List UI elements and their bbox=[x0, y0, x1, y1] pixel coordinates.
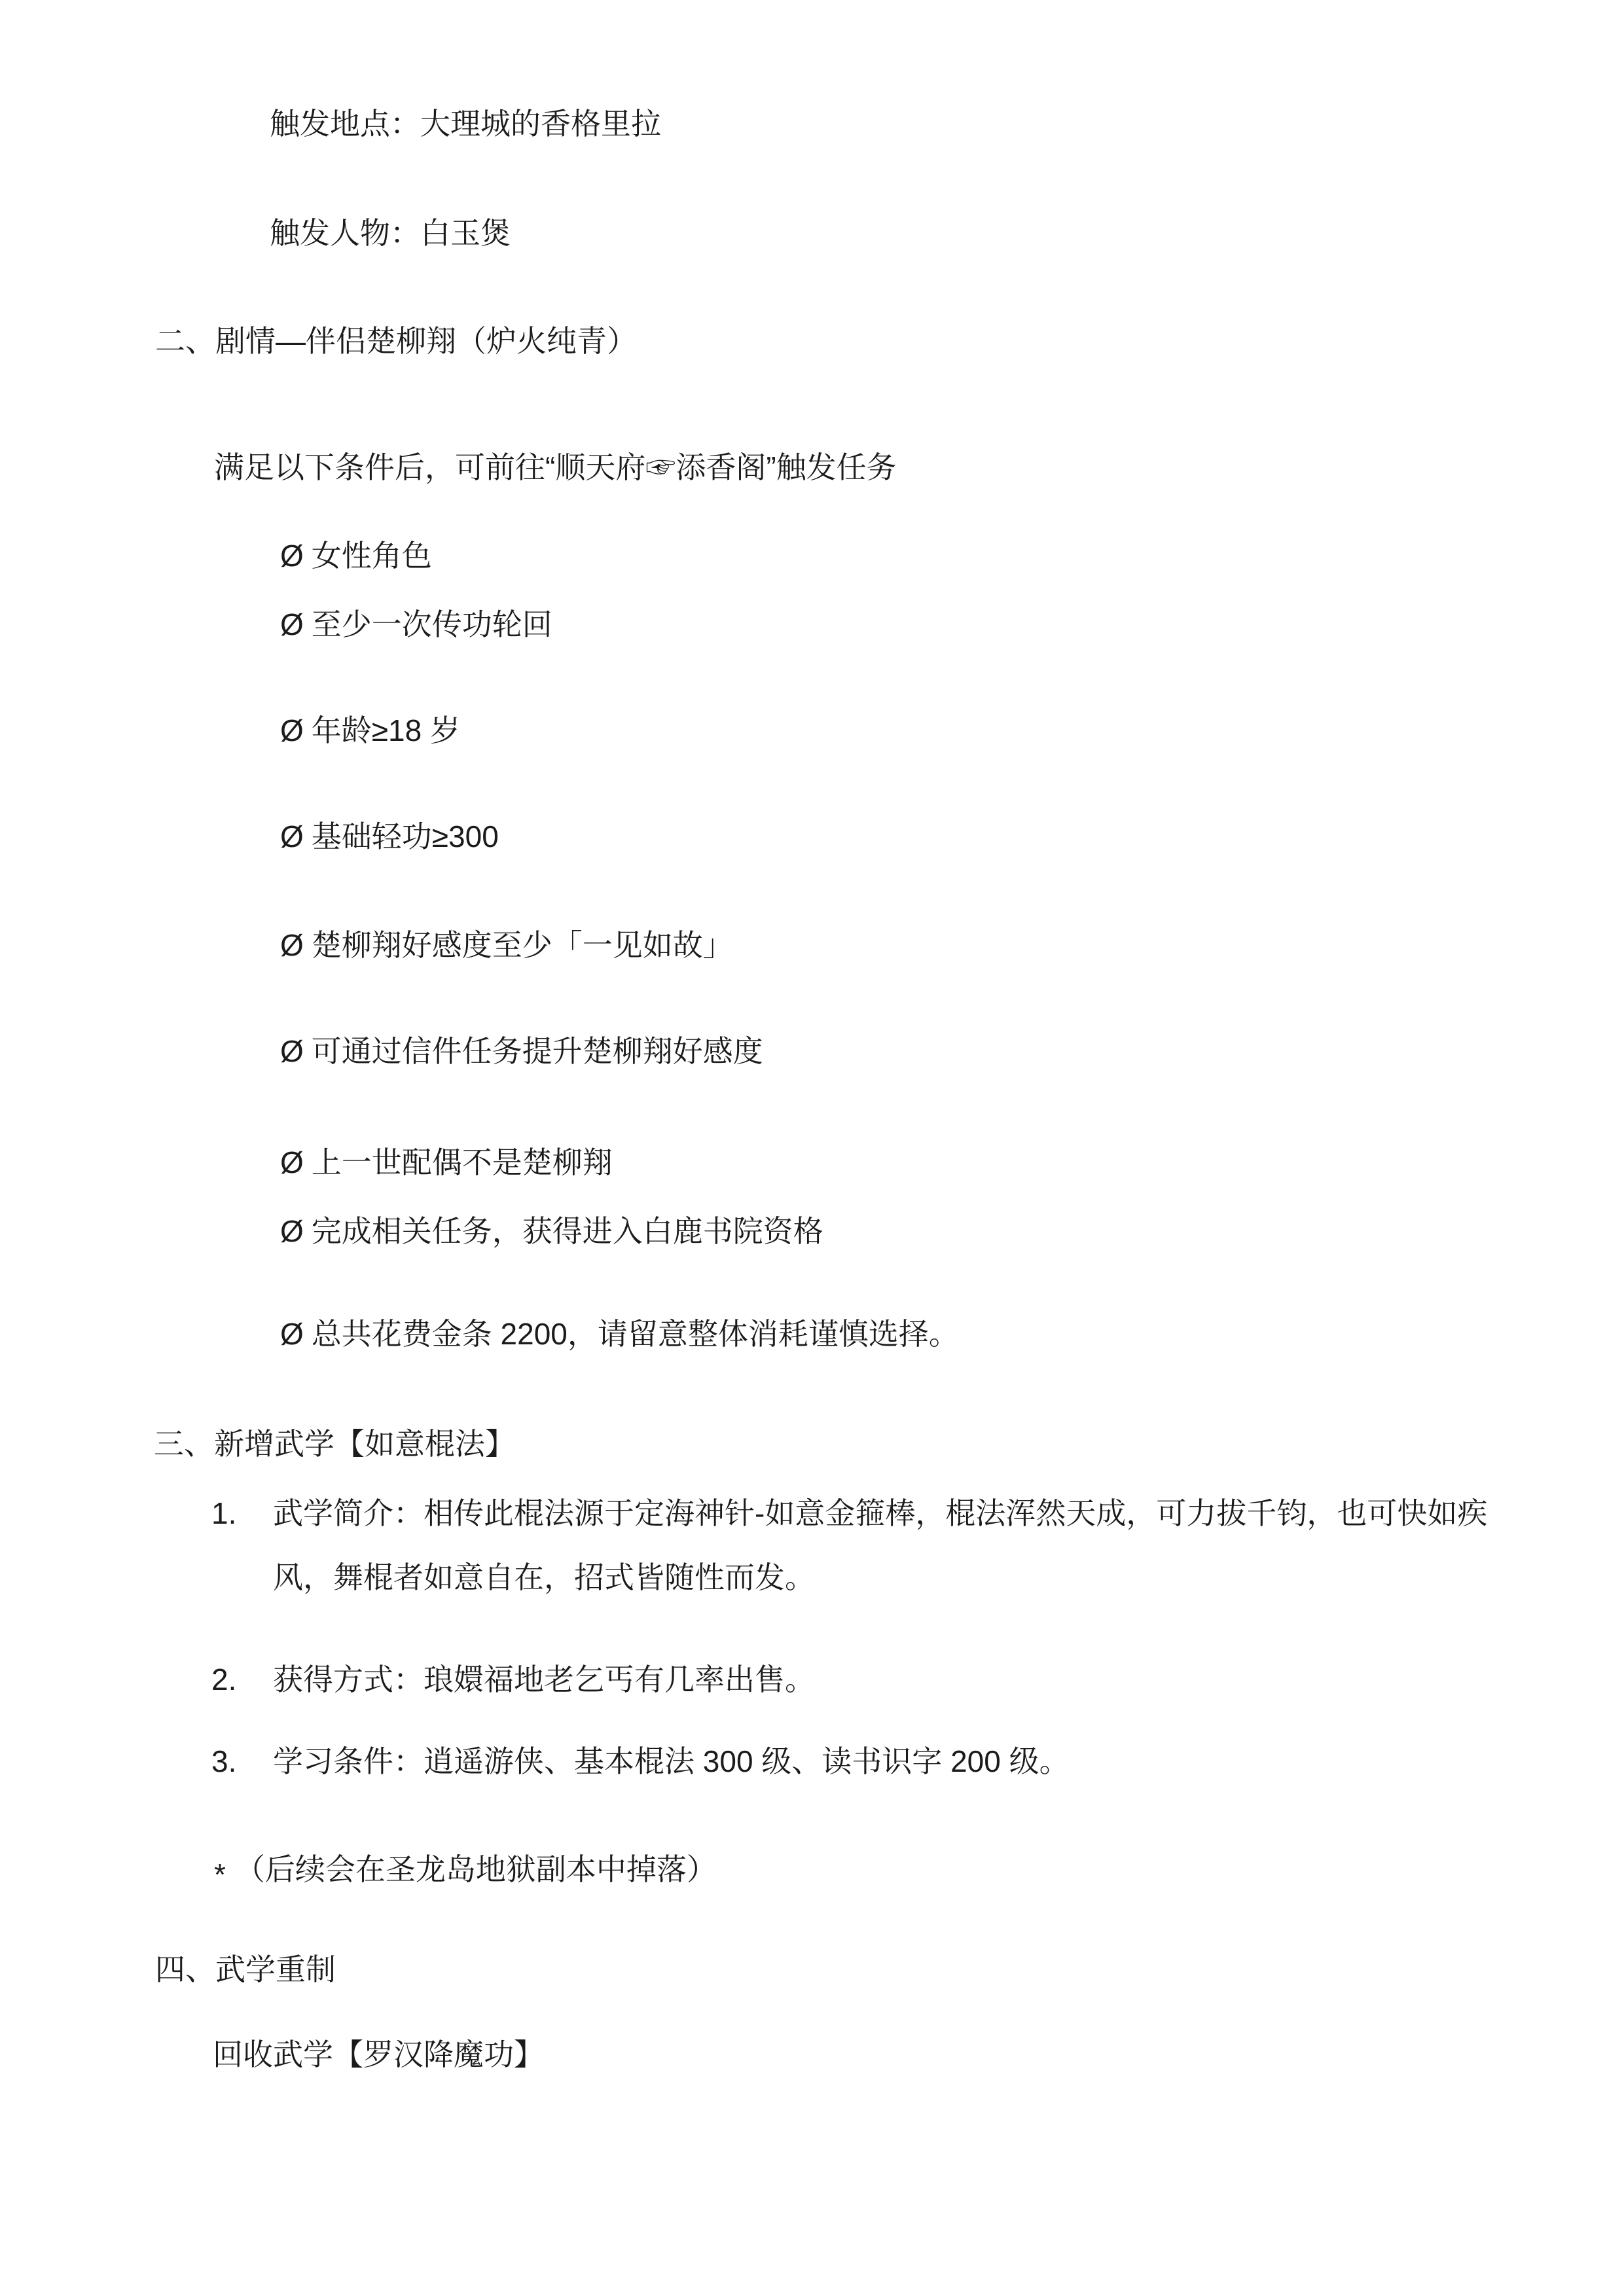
numbered-item-text: 武学简介：相传此棍法源于定海神针-如意金箍棒，棍法浑然天成，可力拔千钧，也可快如… bbox=[273, 1496, 1487, 1530]
numbered-item-text: 获得方式：琅嬛福地老乞丐有几率出售。 bbox=[273, 1662, 815, 1696]
list-bullet-icon: Ø bbox=[280, 1214, 304, 1249]
list-bullet-icon: Ø bbox=[280, 713, 304, 748]
condition-text: 楚柳翔好感度至少「一见如故」 bbox=[312, 928, 733, 962]
condition-text: 可通过信件任务提升楚柳翔好感度 bbox=[312, 1034, 763, 1068]
list-bullet-icon: Ø bbox=[280, 1034, 304, 1069]
list-number: 2. bbox=[211, 1662, 273, 1697]
condition-text: 上一世配偶不是楚柳翔 bbox=[312, 1145, 613, 1179]
condition-item: Ø至少一次传功轮回 bbox=[280, 607, 552, 642]
drop-note: *（后续会在圣龙岛地狱副本中掉落） bbox=[214, 1852, 717, 1887]
trigger-person-line: 触发人物：白玉煲 bbox=[270, 216, 511, 251]
list-bullet-icon: Ø bbox=[280, 539, 304, 573]
condition-text: 总共花费金条 2200，请留意整体消耗谨慎选择。 bbox=[312, 1317, 959, 1351]
condition-item: Ø女性角色 bbox=[280, 539, 432, 573]
list-bullet-icon: Ø bbox=[280, 928, 304, 963]
condition-text: 至少一次传功轮回 bbox=[312, 607, 552, 641]
section3-heading: 三、新增武学【如意棍法】 bbox=[154, 1427, 515, 1462]
list-number: 1. bbox=[211, 1496, 273, 1531]
trigger-location-line: 触发地点：大理城的香格里拉 bbox=[270, 107, 661, 141]
condition-text: 完成相关任务，获得进入白鹿书院资格 bbox=[312, 1214, 823, 1248]
asterisk-marker: * bbox=[214, 1857, 226, 1892]
condition-item: Ø可通过信件任务提升楚柳翔好感度 bbox=[280, 1034, 763, 1069]
drop-note-text: （后续会在圣龙岛地狱副本中掉落） bbox=[235, 1852, 717, 1886]
condition-text: 年龄≥18 岁 bbox=[312, 713, 460, 747]
list-number: 3. bbox=[211, 1744, 273, 1779]
section2-heading: 二、剧情—伴侣楚柳翔（炉火纯青） bbox=[155, 324, 637, 359]
numbered-item: 3.学习条件：逍遥游侠、基本棍法 300 级、读书识字 200 级。 bbox=[211, 1744, 1070, 1779]
numbered-item-text: 学习条件：逍遥游侠、基本棍法 300 级、读书识字 200 级。 bbox=[273, 1744, 1070, 1778]
condition-item: Ø楚柳翔好感度至少「一见如故」 bbox=[280, 928, 733, 963]
condition-item: Ø总共花费金条 2200，请留意整体消耗谨慎选择。 bbox=[280, 1317, 959, 1352]
list-bullet-icon: Ø bbox=[280, 819, 304, 854]
numbered-item: 2.获得方式：琅嬛福地老乞丐有几率出售。 bbox=[211, 1662, 815, 1697]
condition-item: Ø基础轻功≥300 bbox=[280, 819, 499, 854]
condition-item: Ø年龄≥18 岁 bbox=[280, 713, 460, 748]
condition-item: Ø完成相关任务，获得进入白鹿书院资格 bbox=[280, 1214, 823, 1249]
numbered-item-continuation: 风，舞棍者如意自在，招式皆随性而发。 bbox=[273, 1560, 815, 1595]
condition-text: 基础轻功≥300 bbox=[312, 819, 499, 853]
section2-intro: 满足以下条件后，可前往“顺天府☞添香阁”触发任务 bbox=[214, 450, 897, 485]
section4-recycle-line: 回收武学【罗汉降魔功】 bbox=[213, 2037, 544, 2072]
condition-text: 女性角色 bbox=[312, 539, 432, 573]
list-bullet-icon: Ø bbox=[280, 1317, 304, 1352]
condition-item: Ø上一世配偶不是楚柳翔 bbox=[280, 1145, 613, 1180]
numbered-item: 1.武学简介：相传此棍法源于定海神针-如意金箍棒，棍法浑然天成，可力拔千钧，也可… bbox=[211, 1496, 1487, 1531]
list-bullet-icon: Ø bbox=[280, 1145, 304, 1180]
section4-heading: 四、武学重制 bbox=[155, 1952, 336, 1987]
document-page: 触发地点：大理城的香格里拉 触发人物：白玉煲 二、剧情—伴侣楚柳翔（炉火纯青） … bbox=[0, 0, 1624, 2296]
list-bullet-icon: Ø bbox=[280, 607, 304, 642]
